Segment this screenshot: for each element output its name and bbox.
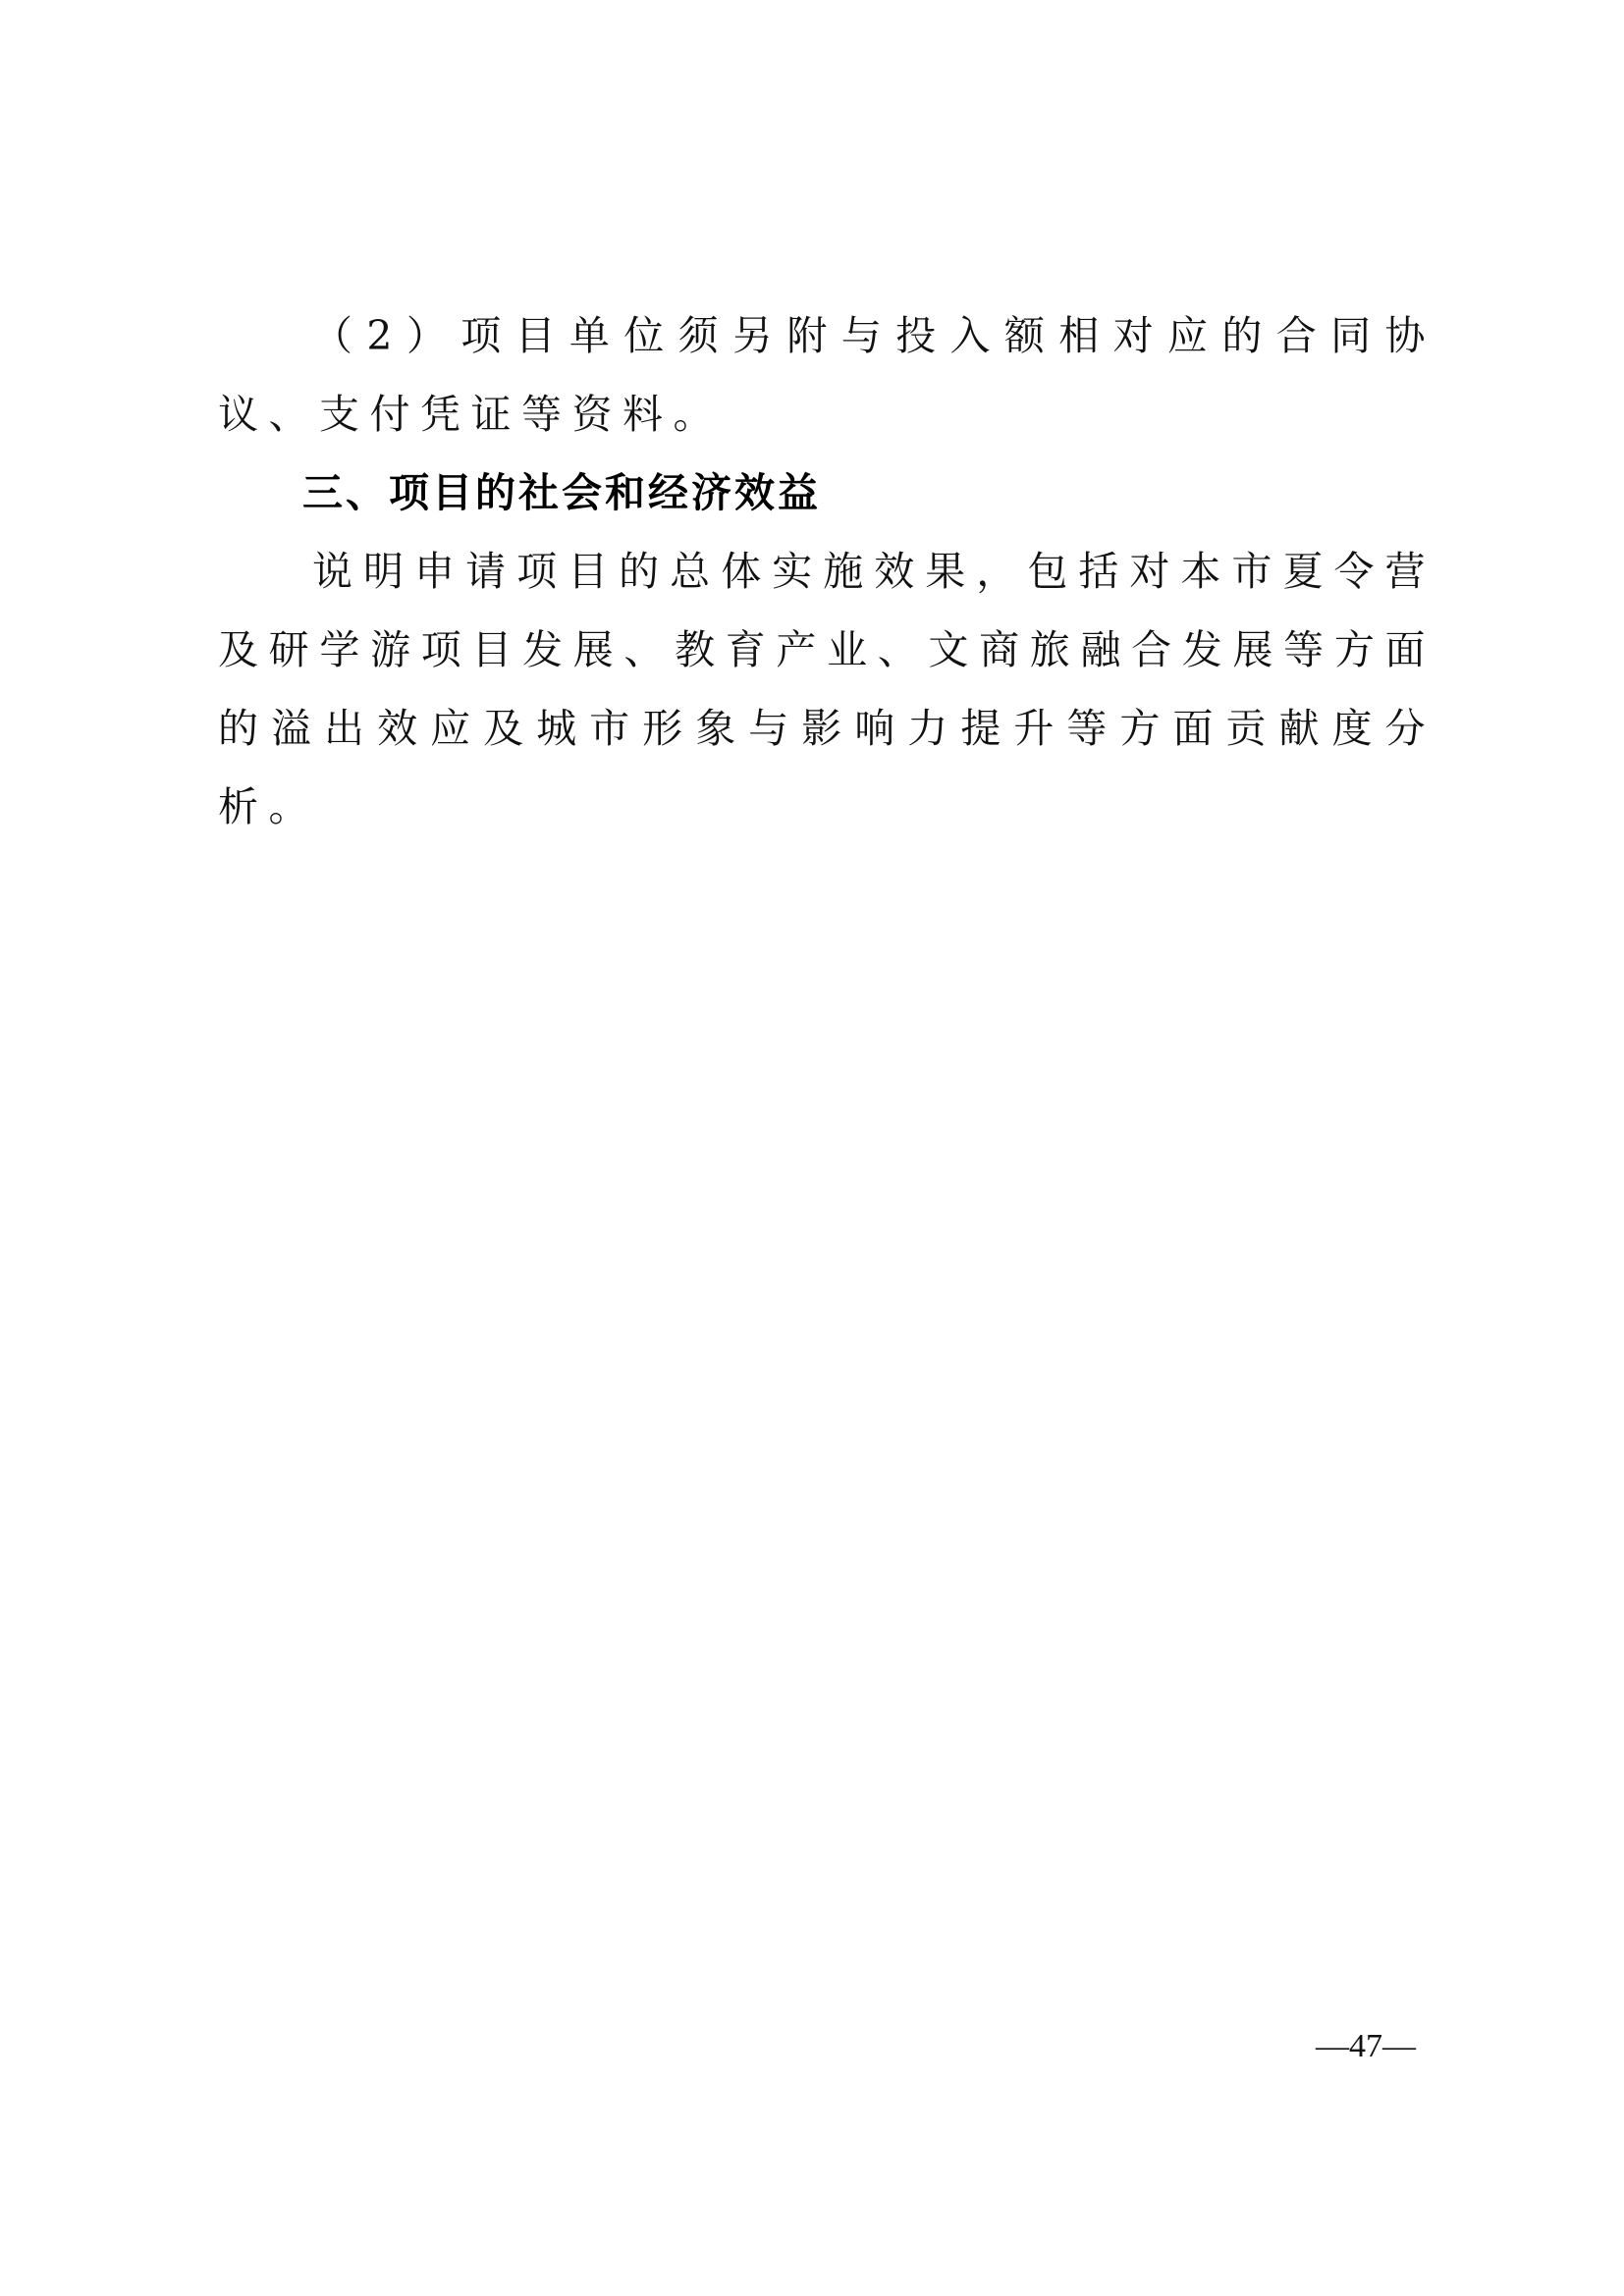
document-page: （2）项目单位须另附与投入额相对应的合同协议、支付凭证等资料。 三、项目的社会和…	[0, 0, 1624, 2296]
page-number: —47—	[1316, 2028, 1416, 2065]
body-paragraph-contract-materials: （2）项目单位须另附与投入额相对应的合同协议、支付凭证等资料。	[218, 296, 1435, 454]
body-paragraph-benefits: 说明申请项目的总体实施效果，包括对本市夏令营及研学游项目发展、教育产业、文商旅融…	[218, 532, 1435, 846]
section-heading: 三、项目的社会和经济效益	[302, 454, 821, 532]
